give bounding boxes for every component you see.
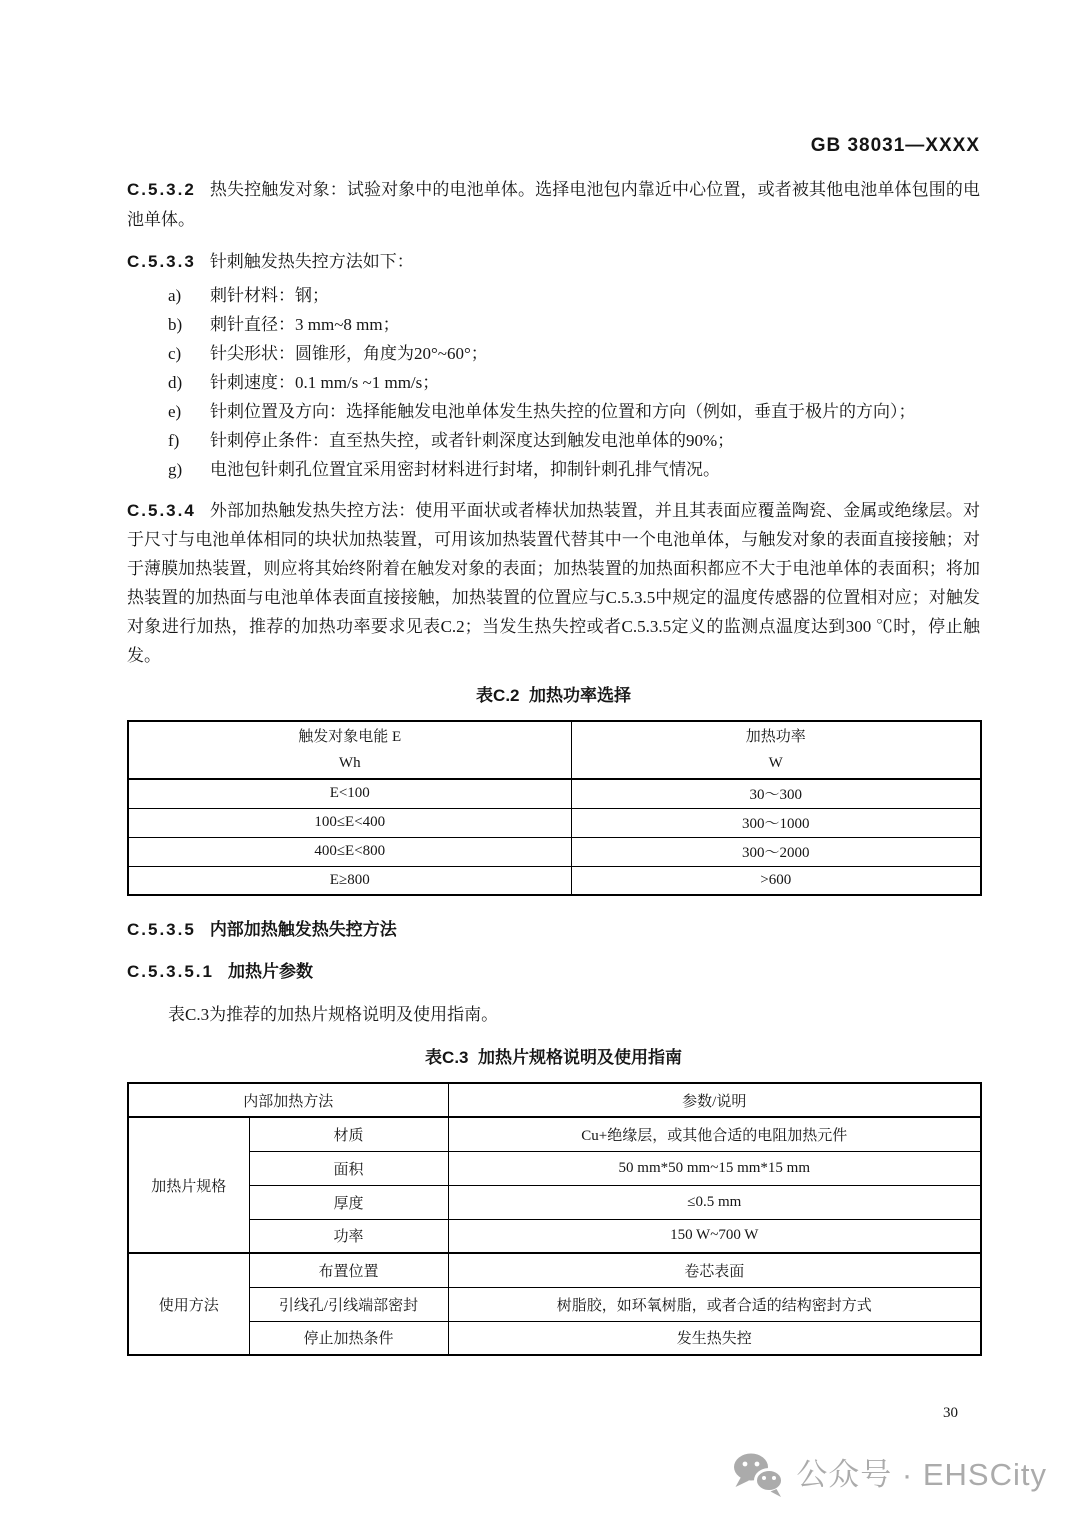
wechat-icon (732, 1452, 784, 1498)
watermark-text: 公众号 · EHSCity (796, 1452, 1047, 1498)
list-item-text: 针刺位置及方向：选择能触发电池单体发生热失控的位置和方向（例如，垂直于极片的方向… (210, 397, 980, 426)
table-cell: 引线孔/引线端部密封 (249, 1287, 448, 1321)
table-row: E<10030～300 (128, 779, 981, 808)
row-group-label: 加热片规格 (128, 1117, 249, 1253)
page-number: 30 (943, 1403, 958, 1423)
clause-c532: C.5.3.2热失控触发对象：试验对象中的电池单体。选择电池包内靠近中心位置，或… (127, 175, 980, 235)
table-cell: 50 mm*50 mm~15 mm*15 mm (448, 1151, 981, 1185)
clause-c535-heading: C.5.3.5内部加热触发热失控方法 (127, 918, 980, 942)
clause-text: 热失控触发对象：试验对象中的电池单体。选择电池包内靠近中心位置，或者被其他电池单… (127, 180, 980, 229)
table-cell: 厚度 (249, 1185, 448, 1219)
table-cell: 300～2000 (571, 837, 981, 866)
list-item-label: g) (168, 455, 210, 484)
list-item: e)针刺位置及方向：选择能触发电池单体发生热失控的位置和方向（例如，垂直于极片的… (168, 397, 980, 426)
table-c2-header-row: 触发对象电能 E Wh 加热功率 W (128, 721, 981, 779)
table-c3-caption: 表C.3 加热片规格说明及使用指南 (127, 1046, 980, 1070)
clause-title: 内部加热触发热失控方法 (210, 920, 397, 939)
table-c2-caption: 表C.2 加热功率选择 (127, 684, 980, 708)
clause-c5351-heading: C.5.3.5.1加热片参数 (127, 960, 980, 984)
table-row: 功率150 W~700 W (128, 1219, 981, 1253)
column-header-title: 加热功率 (576, 724, 977, 750)
table-cell: 材质 (249, 1117, 448, 1151)
table-cell: 150 W~700 W (448, 1219, 981, 1253)
list-item-label: e) (168, 397, 210, 426)
row-group-label: 使用方法 (128, 1253, 249, 1355)
table-cell: 300～1000 (571, 808, 981, 837)
table-c2-header-cell: 触发对象电能 E Wh (128, 721, 571, 779)
table-c3-intro-paragraph: 表C.3为推荐的加热片规格说明及使用指南。 (127, 1000, 980, 1030)
table-c3-header-cell: 内部加热方法 (128, 1083, 448, 1117)
list-item-text: 针尖形状：圆锥形，角度为20°~60°； (210, 339, 980, 368)
column-header-unit: Wh (133, 750, 567, 776)
table-cell: 100≤E<400 (128, 808, 571, 837)
list-item: d)针刺速度：0.1 mm/s ~1 mm/s； (168, 368, 980, 397)
table-row: E≥800>600 (128, 866, 981, 895)
list-item-text: 针刺停止条件：直至热失控，或者针刺深度达到触发电池单体的90%； (210, 426, 980, 455)
table-c2: 触发对象电能 E Wh 加热功率 W E<10030～300 100≤E<400… (127, 720, 982, 896)
watermark: 公众号 · EHSCity (732, 1452, 1047, 1498)
table-row: 引线孔/引线端部密封树脂胶，如环氧树脂，或者合适的结构密封方式 (128, 1287, 981, 1321)
table-cell: 发生热失控 (448, 1321, 981, 1355)
table-row: 400≤E<800300～2000 (128, 837, 981, 866)
list-item-label: a) (168, 281, 210, 310)
column-header-title: 触发对象电能 E (133, 724, 567, 750)
clause-text: 针刺触发热失控方法如下： (210, 252, 414, 271)
table-row: 使用方法 布置位置 卷芯表面 (128, 1253, 981, 1287)
list-item-label: d) (168, 368, 210, 397)
table-cell: 30～300 (571, 779, 981, 808)
clause-c534: C.5.3.4外部加热触发热失控方法：使用平面状或者棒状加热装置，并且其表面应覆… (127, 496, 980, 670)
page-content: GB 38031—XXXX C.5.3.2热失控触发对象：试验对象中的电池单体。… (0, 0, 1080, 1356)
table-cell: 面积 (249, 1151, 448, 1185)
table-row: 停止加热条件发生热失控 (128, 1321, 981, 1355)
list-item: f)针刺停止条件：直至热失控，或者针刺深度达到触发电池单体的90%； (168, 426, 980, 455)
table-cell: E≥800 (128, 866, 571, 895)
list-item-text: 电池包针刺孔位置宜采用密封材料进行封堵，抑制针刺孔排气情况。 (210, 455, 980, 484)
clause-number: C.5.3.4 (127, 501, 196, 520)
list-item: c)针尖形状：圆锥形，角度为20°~60°； (168, 339, 980, 368)
table-row: 100≤E<400300～1000 (128, 808, 981, 837)
list-item-text: 针刺速度：0.1 mm/s ~1 mm/s； (210, 368, 980, 397)
table-cell: 停止加热条件 (249, 1321, 448, 1355)
list-item: a)刺针材料：钢； (168, 281, 980, 310)
column-header-unit: W (576, 750, 977, 776)
clause-number: C.5.3.2 (127, 180, 196, 199)
table-c3: 内部加热方法 参数/说明 加热片规格 材质 Cu+绝缘层，或其他合适的电阻加热元… (127, 1082, 982, 1356)
clause-title: 加热片参数 (228, 962, 313, 981)
table-row: 面积50 mm*50 mm~15 mm*15 mm (128, 1151, 981, 1185)
clause-c533-list: a)刺针材料：钢； b)刺针直径：3 mm~8 mm； c)针尖形状：圆锥形，角… (127, 281, 980, 484)
table-c2-header-cell: 加热功率 W (571, 721, 981, 779)
list-item: g)电池包针刺孔位置宜采用密封材料进行封堵，抑制针刺孔排气情况。 (168, 455, 980, 484)
list-item-label: c) (168, 339, 210, 368)
clause-c533: C.5.3.3针刺触发热失控方法如下： (127, 247, 980, 277)
table-cell: >600 (571, 866, 981, 895)
list-item: b)刺针直径：3 mm~8 mm； (168, 310, 980, 339)
clause-text: 外部加热触发热失控方法：使用平面状或者棒状加热装置，并且其表面应覆盖陶瓷、金属或… (127, 501, 980, 665)
list-item-label: b) (168, 310, 210, 339)
table-c3-header-row: 内部加热方法 参数/说明 (128, 1083, 981, 1117)
clause-number: C.5.3.5 (127, 920, 196, 939)
table-cell: ≤0.5 mm (448, 1185, 981, 1219)
table-cell: 400≤E<800 (128, 837, 571, 866)
table-c3-header-cell: 参数/说明 (448, 1083, 981, 1117)
table-cell: Cu+绝缘层，或其他合适的电阻加热元件 (448, 1117, 981, 1151)
clause-number: C.5.3.3 (127, 252, 196, 271)
list-item-label: f) (168, 426, 210, 455)
table-row: 加热片规格 材质 Cu+绝缘层，或其他合适的电阻加热元件 (128, 1117, 981, 1151)
table-cell: 树脂胶，如环氧树脂，或者合适的结构密封方式 (448, 1287, 981, 1321)
doc-code: GB 38031—XXXX (811, 135, 980, 156)
clause-number: C.5.3.5.1 (127, 962, 214, 981)
table-cell: 卷芯表面 (448, 1253, 981, 1287)
running-header: GB 38031—XXXX (127, 135, 980, 157)
document-page: GB 38031—XXXX C.5.3.2热失控触发对象：试验对象中的电池单体。… (0, 0, 1080, 1527)
table-row: 厚度≤0.5 mm (128, 1185, 981, 1219)
list-item-text: 刺针直径：3 mm~8 mm； (210, 310, 980, 339)
list-item-text: 刺针材料：钢； (210, 281, 980, 310)
table-cell: 布置位置 (249, 1253, 448, 1287)
table-cell: E<100 (128, 779, 571, 808)
table-cell: 功率 (249, 1219, 448, 1253)
